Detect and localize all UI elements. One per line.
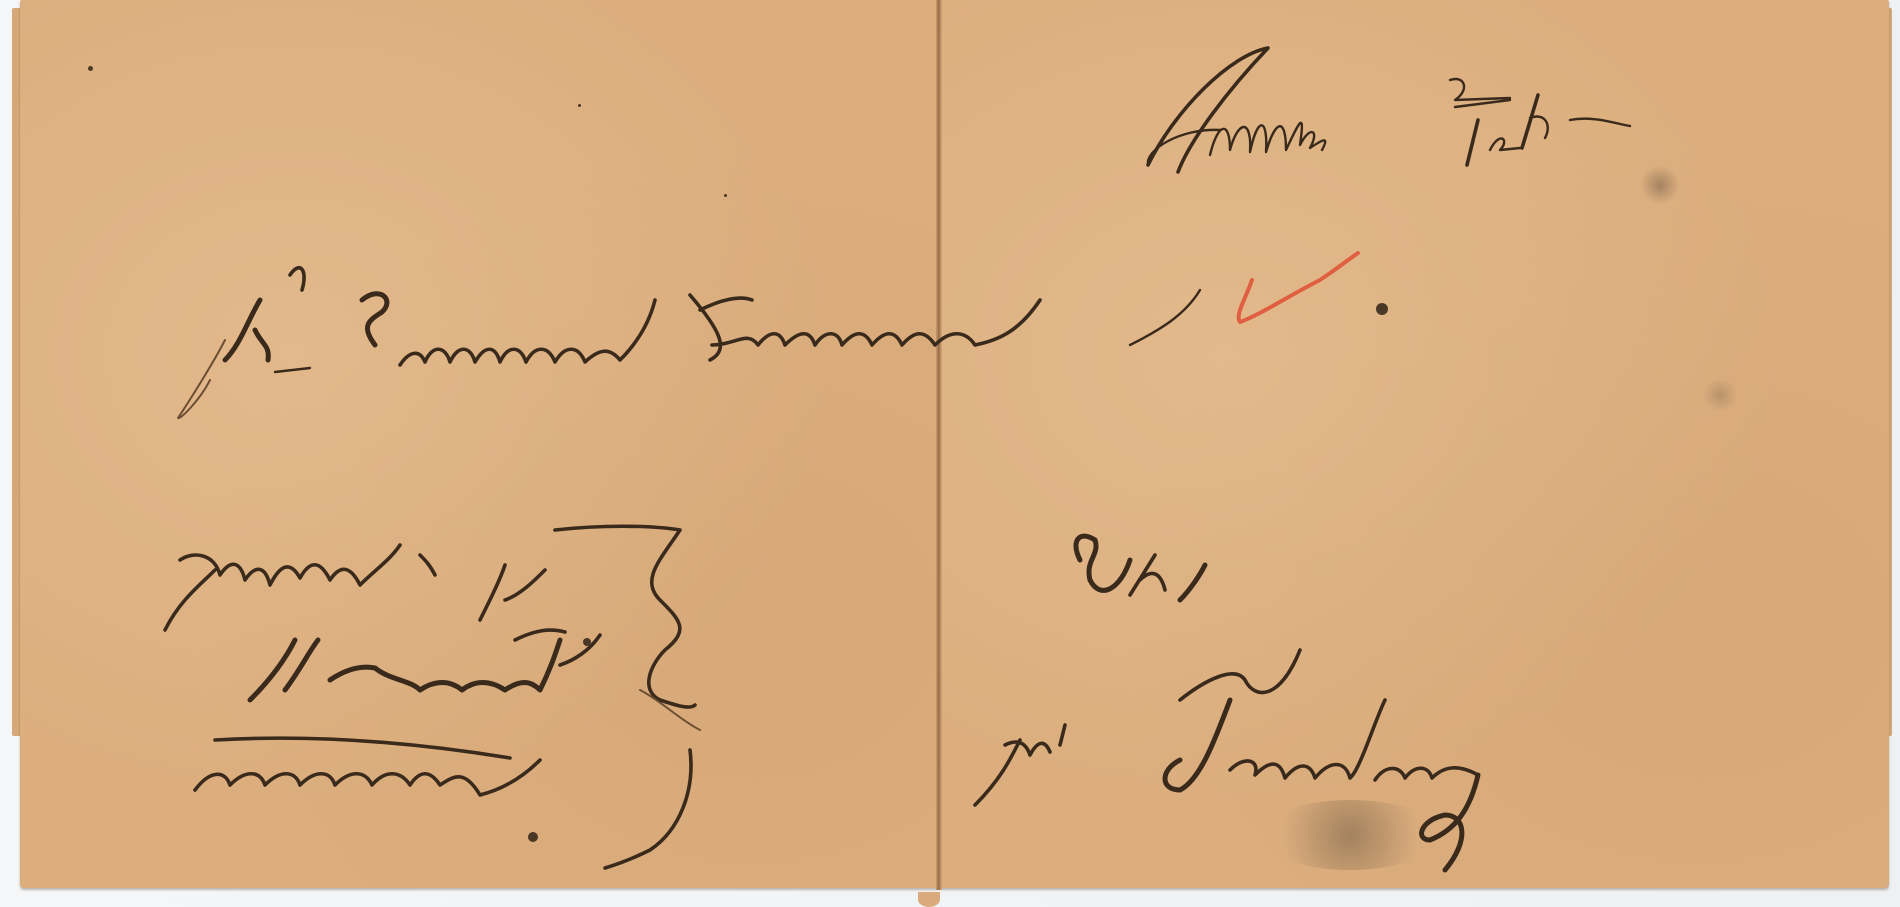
annotation-handwriting <box>1148 48 1630 172</box>
address-line3-handwriting <box>975 650 1478 870</box>
ink-dot <box>583 638 591 646</box>
sender-note-handwriting <box>165 526 700 868</box>
address-line1-handwriting <box>178 268 1200 418</box>
address-line2-handwriting <box>1076 536 1205 600</box>
handwriting-layer <box>0 0 1900 907</box>
ink-dot <box>528 832 538 842</box>
red-check-mark <box>1239 253 1358 322</box>
